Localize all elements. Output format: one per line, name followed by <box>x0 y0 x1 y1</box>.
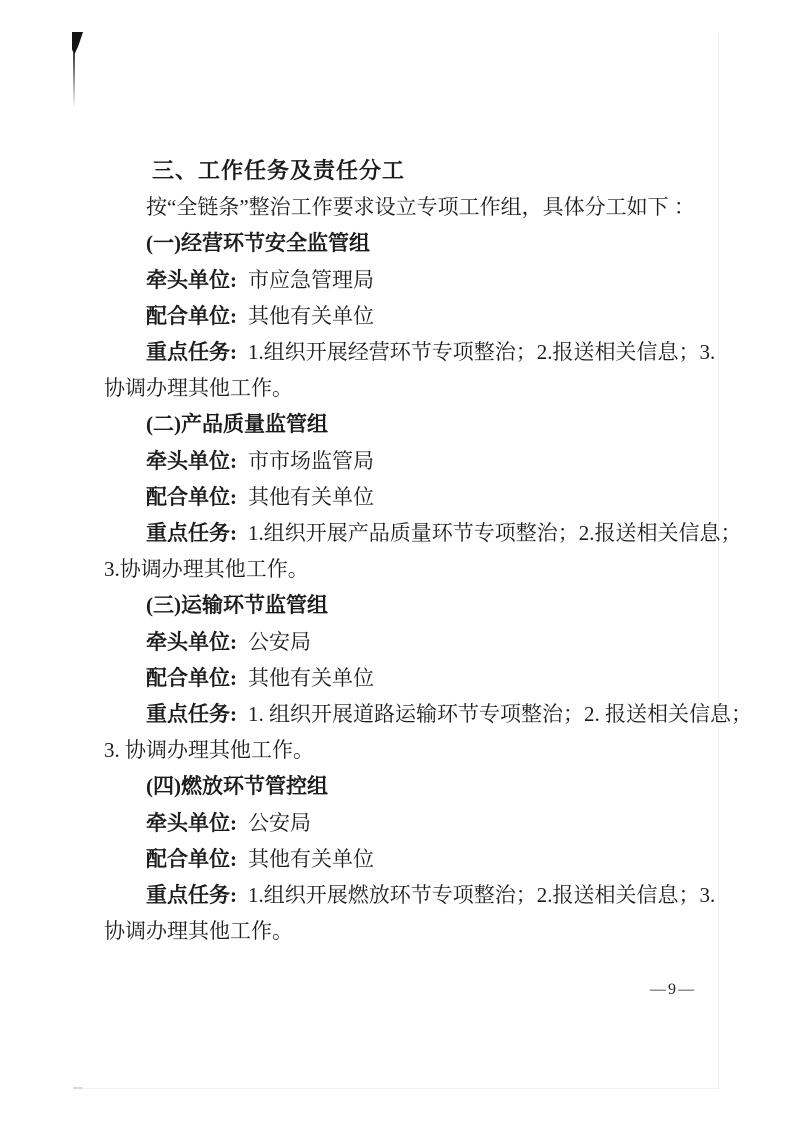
workgroup-section-3: (三)运输环节监管组 牵头单位:公安局 配合单位:其他有关单位 重点任务:1. … <box>104 587 694 768</box>
lead-unit-value: 公安局 <box>248 630 311 654</box>
assist-unit-line: 配合单位:其他有关单位 <box>104 479 694 515</box>
scanned-document-page: 三、工作任务及责任分工 按“全链条”整治工作要求设立专项工作组，具体分工如下 ：… <box>0 0 793 1122</box>
workgroup-section-2: (二)产品质量监管组 牵头单位:市市场监管局 配合单位:其他有关单位 重点任务:… <box>104 406 694 587</box>
lead-unit-label: 牵头单位: <box>146 449 237 473</box>
assist-unit-value: 其他有关单位 <box>248 847 374 871</box>
group-title: (二)产品质量监管组 <box>104 406 694 442</box>
tasks-text: 1. 组织开展道路运输环节专项整治；2. 报送相关信息； <box>248 702 752 726</box>
lead-unit-label: 牵头单位: <box>146 268 237 292</box>
tasks-text: 1.组织开展产品质量环节专项整治；2.报送相关信息； <box>248 521 742 545</box>
lead-unit-value: 市市场监管局 <box>248 449 374 473</box>
section-heading: 三、工作任务及责任分工 <box>104 153 694 189</box>
lead-unit-line: 牵头单位:公安局 <box>104 624 694 660</box>
lead-unit-line: 牵头单位:市应急管理局 <box>104 262 694 298</box>
group-title: (四)燃放环节管控组 <box>104 768 694 804</box>
tasks-line-2: 协调办理其他工作。 <box>104 913 694 949</box>
intro-paragraph: 按“全链条”整治工作要求设立专项工作组，具体分工如下 ： <box>104 189 694 225</box>
assist-unit-line: 配合单位:其他有关单位 <box>104 841 694 877</box>
page-number: —9— <box>650 981 696 999</box>
page-scan-edge-bottom <box>73 1088 719 1089</box>
tasks-label: 重点任务: <box>146 702 237 726</box>
assist-unit-label: 配合单位: <box>146 304 237 328</box>
assist-unit-label: 配合单位: <box>146 666 237 690</box>
assist-unit-label: 配合单位: <box>146 485 237 509</box>
assist-unit-line: 配合单位:其他有关单位 <box>104 298 694 334</box>
assist-unit-line: 配合单位:其他有关单位 <box>104 660 694 696</box>
tasks-line-1: 重点任务:1. 组织开展道路运输环节专项整治；2. 报送相关信息； <box>104 696 694 732</box>
tasks-label: 重点任务: <box>146 883 237 907</box>
scan-fold-artifact-tail <box>73 53 75 108</box>
tasks-line-2: 协调办理其他工作。 <box>104 370 694 406</box>
assist-unit-value: 其他有关单位 <box>248 666 374 690</box>
tasks-label: 重点任务: <box>146 340 237 364</box>
lead-unit-label: 牵头单位: <box>146 811 237 835</box>
document-body: 三、工作任务及责任分工 按“全链条”整治工作要求设立专项工作组，具体分工如下 ：… <box>104 153 694 949</box>
page-scan-edge-right <box>718 33 719 1089</box>
workgroup-section-1: (一)经营环节安全监管组 牵头单位:市应急管理局 配合单位:其他有关单位 重点任… <box>104 225 694 406</box>
lead-unit-line: 牵头单位:市市场监管局 <box>104 443 694 479</box>
tasks-text: 1.组织开展燃放环节专项整治；2.报送相关信息；3. <box>248 883 715 907</box>
assist-unit-value: 其他有关单位 <box>248 304 374 328</box>
tasks-line-1: 重点任务:1.组织开展经营环节专项整治；2.报送相关信息；3. <box>104 334 694 370</box>
tasks-line-1: 重点任务:1.组织开展产品质量环节专项整治；2.报送相关信息； <box>104 515 694 551</box>
tasks-text: 1.组织开展经营环节专项整治；2.报送相关信息；3. <box>248 340 715 364</box>
group-title: (一)经营环节安全监管组 <box>104 225 694 261</box>
lead-unit-value: 公安局 <box>248 811 311 835</box>
lead-unit-line: 牵头单位:公安局 <box>104 805 694 841</box>
workgroup-section-4: (四)燃放环节管控组 牵头单位:公安局 配合单位:其他有关单位 重点任务:1.组… <box>104 768 694 949</box>
tasks-line-2: 3.协调办理其他工作。 <box>104 551 694 587</box>
scan-fold-artifact <box>72 32 83 55</box>
tasks-line-2: 3. 协调办理其他工作。 <box>104 732 694 768</box>
tasks-label: 重点任务: <box>146 521 237 545</box>
assist-unit-label: 配合单位: <box>146 847 237 871</box>
lead-unit-value: 市应急管理局 <box>248 268 374 292</box>
lead-unit-label: 牵头单位: <box>146 630 237 654</box>
assist-unit-value: 其他有关单位 <box>248 485 374 509</box>
group-title: (三)运输环节监管组 <box>104 587 694 623</box>
tasks-line-1: 重点任务:1.组织开展燃放环节专项整治；2.报送相关信息；3. <box>104 877 694 913</box>
